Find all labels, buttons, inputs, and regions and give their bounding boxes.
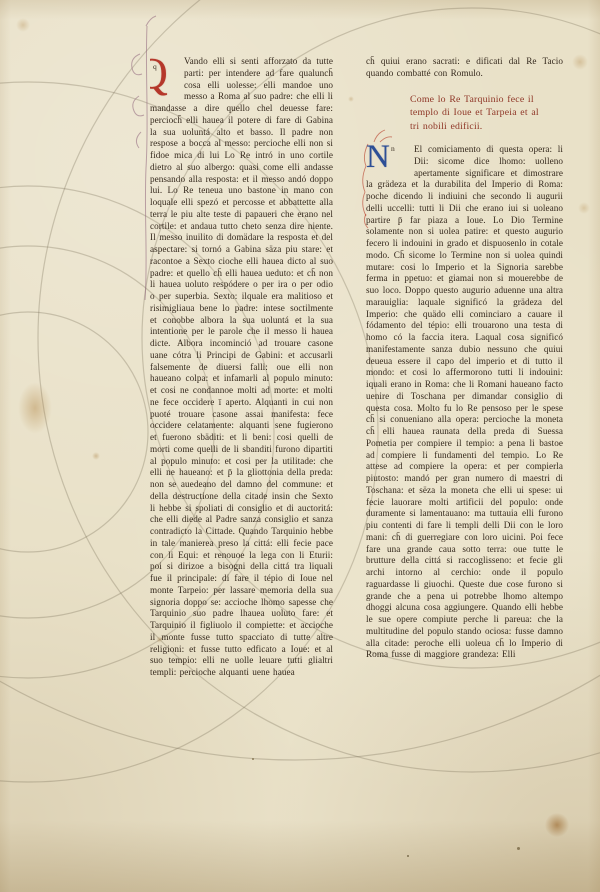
- initial-letter: N: [366, 145, 412, 169]
- body-text-left: Vando elli si senti afforzato da tutte p…: [150, 56, 333, 677]
- ink-speck: [517, 847, 520, 850]
- ink-speck: [252, 758, 254, 760]
- foxing-stain: [348, 96, 354, 102]
- chapter-closing-text: ch̄ quiui erano sacrati: e dificati dal …: [366, 56, 563, 80]
- body-text-right: El comiciamento di questa opera: li Dii:…: [366, 144, 563, 659]
- foxing-stain: [16, 18, 30, 32]
- right-text-column: ch̄ quiui erano sacrati: e dificati dal …: [366, 56, 563, 742]
- decorated-initial-n: N n: [366, 145, 412, 170]
- red-chapter-rubric: Come lo Re Tarquinio fece il templo di I…: [410, 93, 563, 134]
- chapter-paragraph: N n El comiciamento di questa opera: li …: [366, 144, 563, 661]
- decorated-initial-q: Q q: [150, 57, 181, 92]
- rubric-line: tri nobili edificii.: [410, 120, 563, 134]
- foxing-stain: [92, 452, 100, 460]
- foxing-stain: [545, 813, 569, 837]
- ink-speck: [407, 855, 409, 857]
- rubric-line: Come lo Re Tarquinio fece il: [410, 93, 563, 107]
- guide-letter: q: [153, 63, 157, 71]
- foxing-stain: [572, 54, 588, 70]
- incunabulum-page: Q q Vando elli si senti afforzato da tut…: [0, 0, 600, 892]
- foxing-stain: [578, 202, 590, 214]
- left-text-column: Q q Vando elli si senti afforzato da tut…: [150, 56, 333, 738]
- foxing-stain: [18, 382, 52, 434]
- rubric-line: templo di Ioue et Tarpeia et al: [410, 106, 563, 120]
- guide-letter: n: [391, 145, 395, 153]
